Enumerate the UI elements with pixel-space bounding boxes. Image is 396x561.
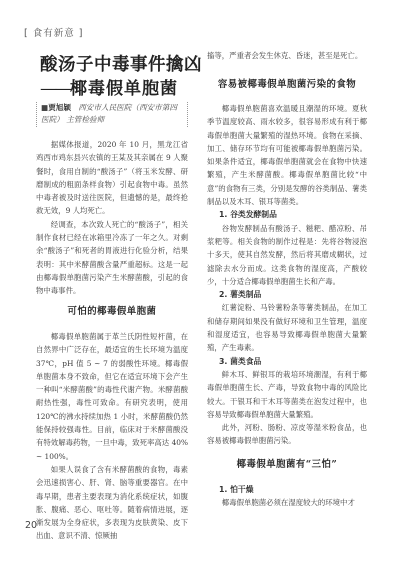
author-name: 贾旭颖 <box>48 103 71 112</box>
section-heading: 可怕的椰毒假单胞菌 <box>36 303 188 317</box>
paragraph: 据媒体报道，2020 年 10 月，黑龙江省鸡西市鸡东县兴农镇的王某及其亲属在 … <box>36 138 188 218</box>
left-column-section: 椰毒假单胞菌属于革兰氏阴性短杆菌，在自然界中广泛存在，最适宜的生长环境为温度 3… <box>36 330 188 543</box>
paragraph: 椰毒假单胞菌必须在湿度较大的环境中才 <box>207 496 367 509</box>
paragraph: 如果人误食了含有米酵菌酸的食物，毒素会迅速损害心、肝、肾、脑等重要器官。在中毒早… <box>36 463 188 543</box>
paragraph: 此外，河粉、肠粉、凉皮等湿米粉食品，也容易被椰毒假单胞菌污染。 <box>207 421 367 448</box>
subtitle-text: 椰毒假单胞菌 <box>70 79 178 99</box>
paragraph: 椰毒假单胞菌喜欢温暖且潮湿的环境。夏秋季节温度较高、雨水较多，很容易形成有利于椰… <box>207 102 367 208</box>
subheading: 3. 菌类食品 <box>207 355 367 368</box>
section-tag: [ 食有新意 ] <box>24 25 83 39</box>
subheading: 1. 怕干燥 <box>207 483 367 496</box>
right-column-fears: 1. 怕干燥 椰毒假单胞菌必须在湿度较大的环境中才 <box>207 483 367 510</box>
page-number: 20 <box>25 520 37 531</box>
paragraph: 谷物发酵制品有酸汤子、糍粑、醋凉粉、吊浆粑等。相关食物的制作过程是：先将谷物浸泡… <box>207 222 367 288</box>
section-heading: 椰毒假单胞菌有“三怕” <box>207 456 367 470</box>
right-column-body: 椰毒假单胞菌喜欢温暖且潮湿的环境。夏秋季节温度较高、雨水较多，很容易形成有利于椰… <box>207 102 367 448</box>
subheading: 2. 薯类制品 <box>207 288 367 301</box>
article-title: 酸汤子中毒事件擒凶 <box>40 51 190 76</box>
paragraph: 鲜木耳、鲜银耳的栽培环境潮湿，有利于椰毒假单胞菌生长、产毒，导致食物中毒的风险比… <box>207 368 367 421</box>
article-subtitle: ——椰毒假单胞菌 <box>40 74 190 99</box>
paragraph: 椰毒假单胞菌属于革兰氏阴性短杆菌，在自然界中广泛存在，最适宜的生长环境为温度 3… <box>36 330 188 463</box>
paragraph: 经调查，本次致人死亡的“酸汤子”，相关制作食材已经在冰箱里冷冻了一年之久。对剩余… <box>36 218 188 298</box>
section-heading: 容易被椰毒假单胞菌污染的食物 <box>207 76 367 90</box>
paragraph: 搐等，严重者会发生休克、昏迷，甚至是死亡。 <box>207 49 367 62</box>
byline: ■贾旭颖 西安市人民医院（西安市第四医院） 主管检验师 <box>36 102 188 127</box>
subheading: 1. 谷类发酵制品 <box>207 208 367 221</box>
title-dash: —— <box>40 79 70 99</box>
right-column-continued: 搐等，严重者会发生休克、昏迷，甚至是死亡。 <box>207 49 367 62</box>
paragraph: 红薯淀粉、马铃薯粉条等薯类制品，在加工和储存期间如果没有做好环境和卫生管理，温度… <box>207 301 367 354</box>
left-column: 据媒体报道，2020 年 10 月，黑龙江省鸡西市鸡东县兴农镇的王某及其亲属在 … <box>36 138 188 298</box>
